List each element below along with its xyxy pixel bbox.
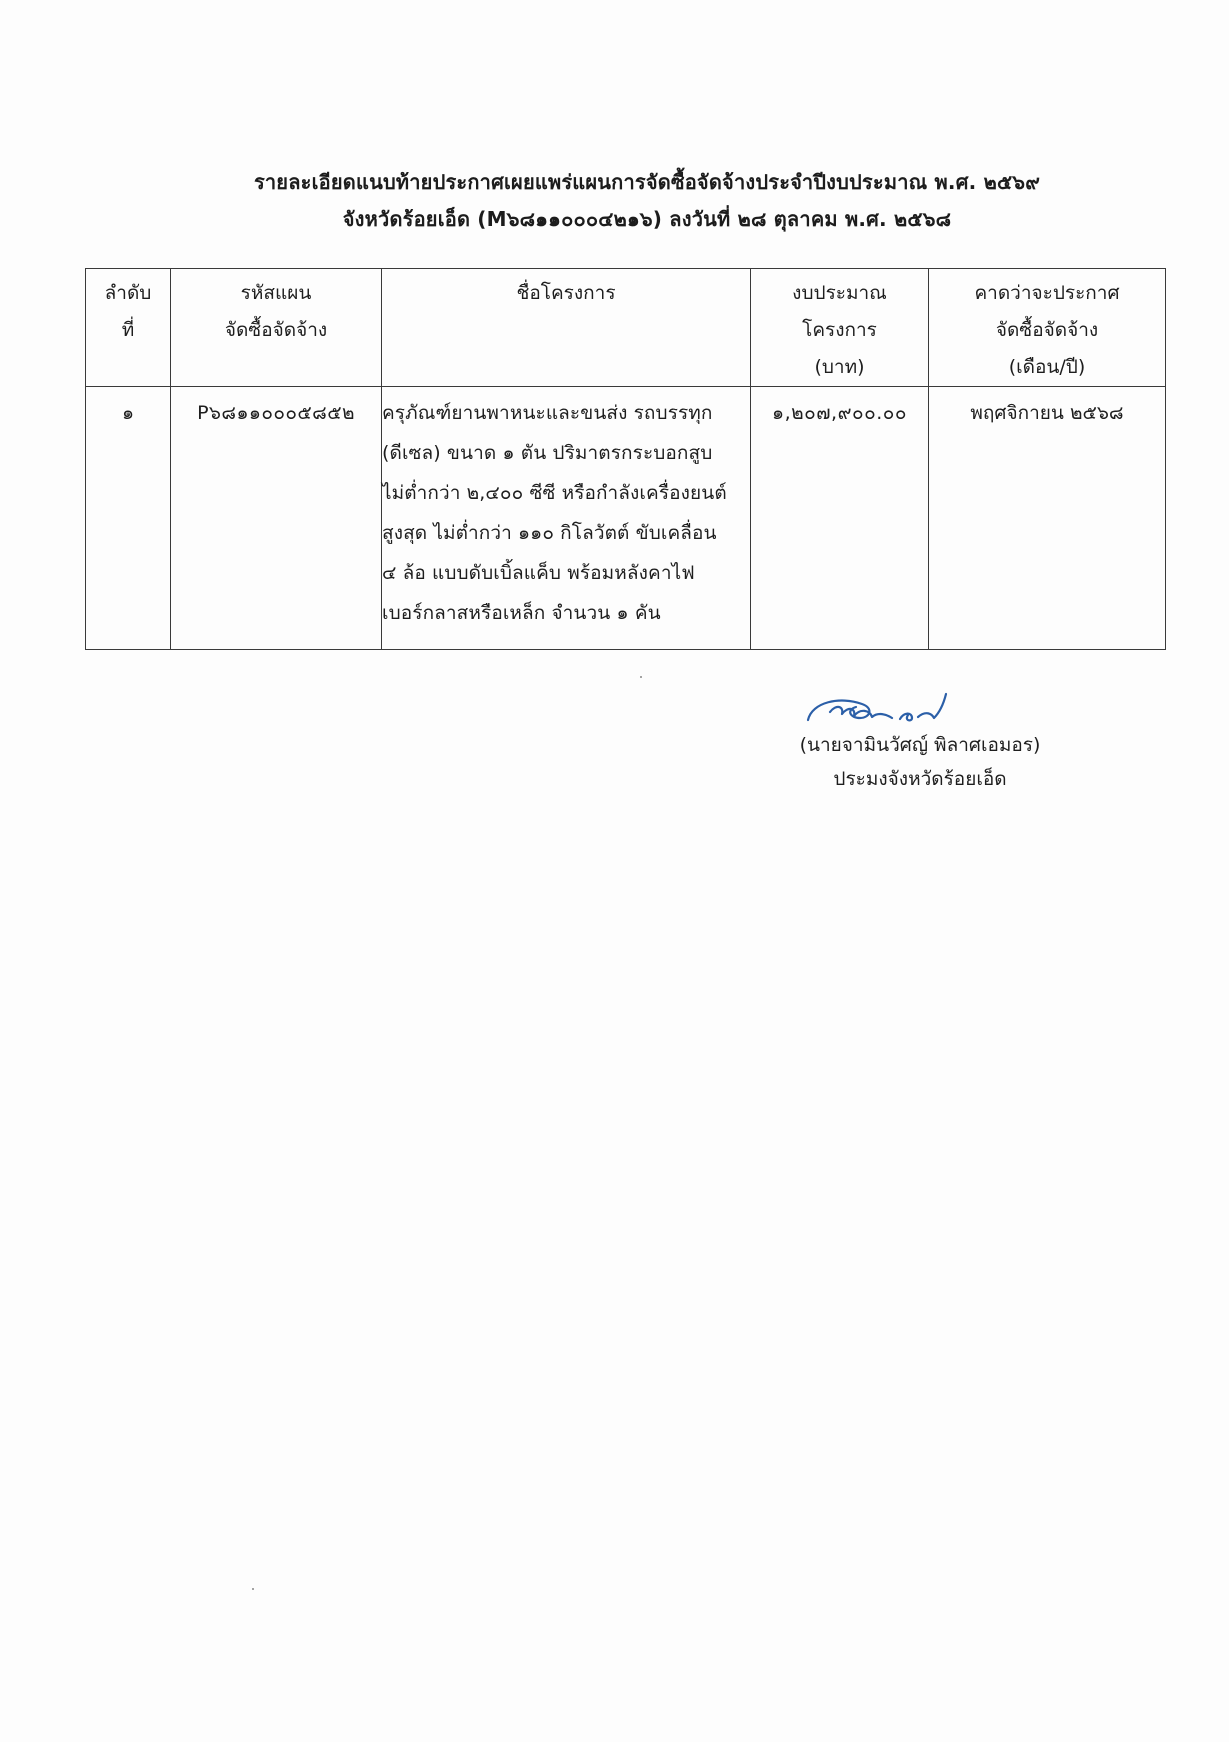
document-page: รายละเอียดแนบท้ายประกาศเผยแพร่แผนการจัดซ… bbox=[0, 0, 1229, 1742]
table-row: ๑ P๖๘๑๑๐๐๐๕๘๕๒ ครุภัณฑ์ยานพาหนะและขนส่ง … bbox=[86, 387, 1166, 650]
cell-budget: ๑,๒๐๗,๙๐๐.๐๐ bbox=[751, 387, 929, 650]
scan-speck bbox=[640, 676, 642, 678]
procurement-plan-table: ลำดับ ที่ รหัสแผน จัดซื้อจัดจ้าง ชื่อโคร… bbox=[85, 268, 1166, 650]
signature-block: (นายจามินวัศญ์ พิลาศเอมอร) ประมงจังหวัดร… bbox=[770, 690, 1070, 796]
signatory-position: ประมงจังหวัดร้อยเอ็ด bbox=[770, 762, 1070, 796]
cell-expected-announcement: พฤศจิกายน ๒๕๖๘ bbox=[929, 387, 1166, 650]
header-expected-announcement: คาดว่าจะประกาศ จัดซื้อจัดจ้าง (เดือน/ปี) bbox=[929, 269, 1166, 387]
cell-project-name: ครุภัณฑ์ยานพาหนะและขนส่ง รถบรรทุก (ดีเซล… bbox=[382, 387, 751, 650]
document-subtitle: จังหวัดร้อยเอ็ด (M๖๘๑๑๐๐๐๔๒๑๖) ลงวันที่ … bbox=[0, 203, 1229, 235]
header-budget: งบประมาณ โครงการ (บาท) bbox=[751, 269, 929, 387]
document-title: รายละเอียดแนบท้ายประกาศเผยแพร่แผนการจัดซ… bbox=[0, 166, 1229, 198]
cell-plan-code: P๖๘๑๑๐๐๐๕๘๕๒ bbox=[171, 387, 382, 650]
header-sequence: ลำดับ ที่ bbox=[86, 269, 171, 387]
cell-sequence: ๑ bbox=[86, 387, 171, 650]
scan-speck bbox=[252, 1588, 254, 1590]
handwritten-signature-icon bbox=[770, 690, 1070, 726]
table-header-row: ลำดับ ที่ รหัสแผน จัดซื้อจัดจ้าง ชื่อโคร… bbox=[86, 269, 1166, 387]
header-project-name: ชื่อโครงการ bbox=[382, 269, 751, 387]
header-plan-code: รหัสแผน จัดซื้อจัดจ้าง bbox=[171, 269, 382, 387]
signatory-name: (นายจามินวัศญ์ พิลาศเอมอร) bbox=[770, 728, 1070, 762]
